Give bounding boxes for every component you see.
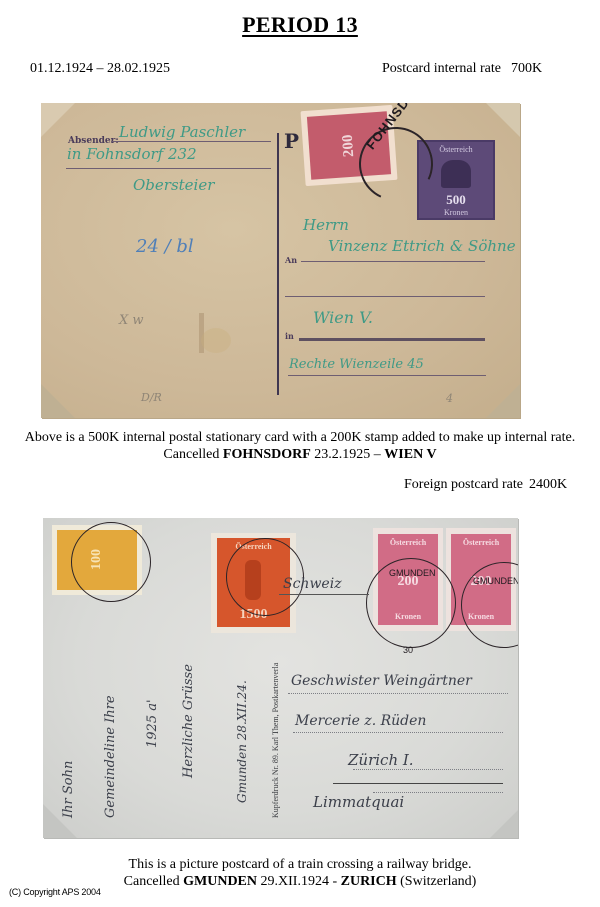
picture-postcard: 100 Österreich 1500 Österreich 200 Krone… [43, 518, 518, 838]
recipient-city: Wien V. [313, 308, 373, 327]
pencil-mark: 4 [446, 392, 453, 405]
publisher-imprint: Kupferdruck Nr. 89. Karl Them, Postkarte… [271, 663, 280, 818]
destination: WIEN V [384, 447, 436, 462]
address-name: Geschwister Weingärtner [291, 673, 472, 689]
postmark-text: GMUNDEN [389, 568, 436, 578]
page-title: PERIOD 13 [0, 12, 600, 38]
corner-fold [486, 103, 520, 137]
in-label: in [285, 331, 294, 341]
eagle-emblem-icon [441, 160, 471, 188]
foreign-rate: Foreign postcard rate2400K [404, 477, 567, 493]
foreign-rate-label: Foreign postcard rate [404, 477, 523, 492]
address-street: Limmatquai [313, 793, 404, 811]
sender-name: Ludwig Paschler [119, 123, 245, 141]
corner-fold [486, 384, 520, 418]
message-line: Gemeindeline Ihre [103, 695, 118, 818]
pencil-mark: D/R [141, 391, 162, 404]
origin: FOHNSDORF [223, 447, 311, 462]
address-city: Zürich I. [348, 751, 414, 769]
destination: ZURICH [341, 874, 397, 889]
message-line: Herzliche Grüsse [181, 664, 196, 778]
printed-p-mark: P [284, 129, 299, 153]
postmark-number: 30 [403, 645, 413, 655]
postmark-text: GMUNDEN [473, 576, 518, 586]
origin: GMUNDEN [183, 874, 257, 889]
card2-caption: This is a picture postcard of a train cr… [0, 856, 600, 890]
pencil-note: 24 / bl [136, 236, 194, 257]
message-line: Ihr Sohn [61, 761, 76, 818]
internal-rate: Postcard internal rate700K [382, 61, 542, 77]
recipient-street: Rechte Wienzeile 45 [289, 357, 424, 372]
internal-rate-label: Postcard internal rate [382, 61, 501, 76]
date-range: 01.12.1924 – 28.02.1925 [30, 61, 170, 77]
to-label: An [285, 255, 297, 265]
message-line: 1925 a' [145, 699, 160, 748]
postal-stationery-card: Absender: Ludwig Paschler in Fohnsdorf 2… [41, 103, 520, 418]
postmark-ring [71, 522, 151, 602]
recipient-name: Vinzenz Ettrich & Söhne [328, 237, 516, 255]
address-country: Schweiz [283, 576, 342, 592]
address-line2: Mercerie z. Rüden [295, 713, 426, 729]
recipient-salutation: Herrn [303, 216, 349, 234]
dated-line: Gmunden 28.XII.24. [235, 680, 249, 803]
copyright-notice: (C) Copyright APS 2004 [9, 887, 101, 897]
sender-region: Obersteier [133, 176, 214, 194]
card1-caption: Above is a 500K internal postal stationa… [0, 429, 600, 463]
pencil-mark: X w [119, 313, 144, 328]
foreign-rate-value: 2400K [529, 477, 567, 492]
divider-line [277, 133, 279, 395]
sender-address: in Fohnsdorf 232 [67, 145, 197, 163]
corner-fold [41, 103, 75, 137]
corner-fold [41, 384, 75, 418]
internal-rate-value: 700K [511, 61, 542, 76]
